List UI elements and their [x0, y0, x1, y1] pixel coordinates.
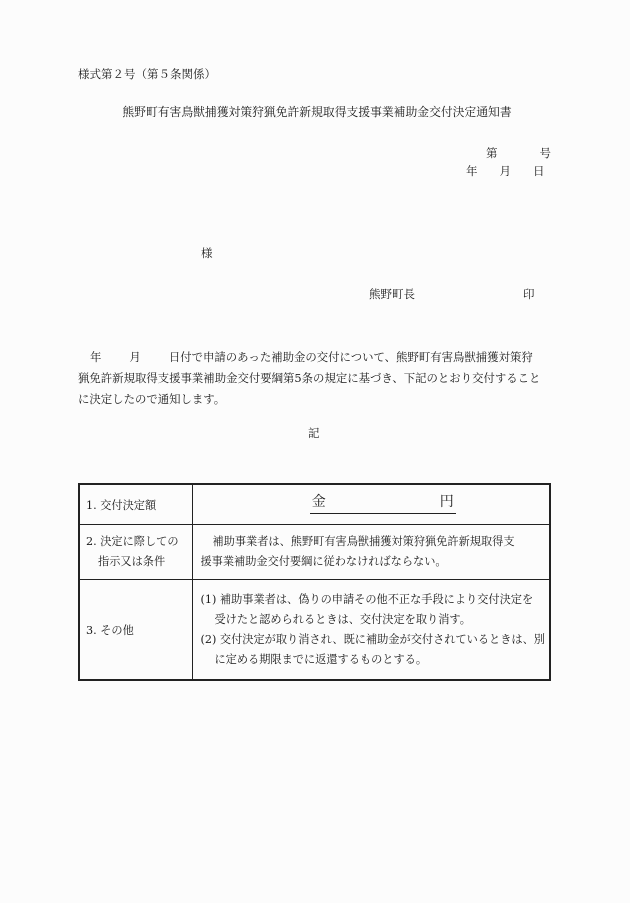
issue-number-prefix: 第 [486, 146, 498, 160]
issue-number: 第号 [486, 148, 551, 160]
other-item-1-line-2: 受けたと認められるときは、交付決定を取り消す。 [200, 610, 545, 630]
amount-field: 金 円 [310, 495, 456, 514]
other-cell: (1) 補助事業者は、偽りの申請その他不正な手段により交付決定を 受けたと認めら… [193, 580, 550, 681]
body-month: 月 [129, 350, 140, 364]
issue-date-month: 月 [500, 164, 512, 178]
body-paragraph: 年月日付で申請のあった補助金の交付について、熊野町有害鳥獣捕獲対策狩 猟免許新規… [78, 347, 558, 410]
row-label: 3. その他 [79, 580, 193, 681]
decision-table: 1. 交付決定額 金 円 2. 決定に際しての 指示又は条件 補助事業者は、熊野… [78, 483, 551, 681]
sender-name: 熊野町長 [369, 289, 415, 301]
table-row: 3. その他 (1) 補助事業者は、偽りの申請その他不正な手段により交付決定を … [79, 580, 550, 681]
amount-suffix: 円 [440, 491, 454, 511]
form-number: 様式第２号（第５条関係） [78, 69, 216, 81]
amount-prefix: 金 [312, 491, 326, 511]
other-item-2-line-2: に定める期限までに返還するものとする。 [200, 650, 545, 670]
body-year: 年 [90, 350, 101, 364]
conditions-cell: 補助事業者は、熊野町有害鳥獣捕獲対策狩猟免許新規取得支 援事業補助金交付要綱に従… [193, 525, 550, 580]
table-row: 2. 決定に際しての 指示又は条件 補助事業者は、熊野町有害鳥獣捕獲対策狩猟免許… [79, 525, 550, 580]
row-label: 2. 決定に際しての 指示又は条件 [79, 525, 193, 580]
row-label-line-2: 指示又は条件 [86, 552, 192, 572]
body-line-1-text: 日付で申請のあった補助金の交付について、熊野町有害鳥獣捕獲対策狩 [169, 350, 533, 364]
issue-date-day: 日 [533, 164, 545, 178]
other-item-2-line-1: (2) 交付決定が取り消され、既に補助金が交付されているときは、別 [200, 630, 545, 650]
body-line-2: 猟免許新規取得支援事業補助金交付要綱第5条の規定に基づき、下記のとおり交付するこ… [78, 368, 558, 389]
body-line-3: に決定したので通知します。 [78, 389, 558, 410]
issue-date: 年月日 [466, 166, 545, 178]
addressee-suffix: 様 [201, 248, 213, 260]
document-title: 熊野町有害鳥獣捕獲対策狩猟免許新規取得支援事業補助金交付決定通知書 [0, 107, 630, 119]
body-line-1: 年月日付で申請のあった補助金の交付について、熊野町有害鳥獣捕獲対策狩 [78, 347, 558, 368]
ki-heading: 記 [308, 428, 320, 440]
row-label-line-1: 2. 決定に際しての [86, 532, 192, 552]
issue-date-year: 年 [466, 164, 478, 178]
row-label: 1. 交付決定額 [79, 484, 193, 525]
table-row: 1. 交付決定額 金 円 [79, 484, 550, 525]
conditions-line-2: 援事業補助金交付要綱に従わなければならない。 [200, 552, 545, 572]
seal-mark: 印 [523, 289, 535, 301]
conditions-line-1: 補助事業者は、熊野町有害鳥獣捕獲対策狩猟免許新規取得支 [200, 532, 545, 552]
other-item-1-line-1: (1) 補助事業者は、偽りの申請その他不正な手段により交付決定を [200, 590, 545, 610]
issue-number-suffix: 号 [540, 146, 552, 160]
amount-cell: 金 円 [193, 484, 550, 525]
